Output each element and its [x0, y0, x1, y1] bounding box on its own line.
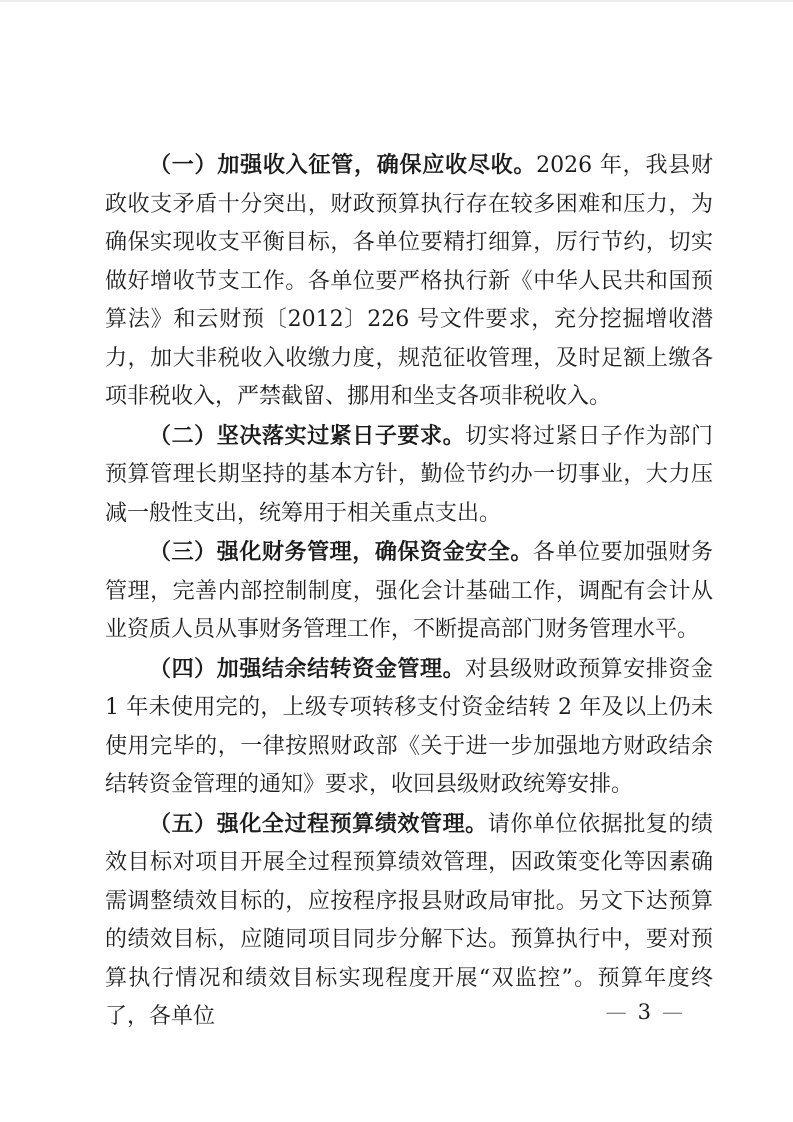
paragraph-heading: （四）加强结余结转资金管理。 — [149, 656, 465, 682]
paragraph: （三）强化财务管理，确保资金安全。各单位要加强财务管理，完善内部控制制度，强化会… — [105, 533, 713, 650]
paragraph-heading: （二）坚决落实过紧日子要求。 — [149, 423, 465, 449]
paragraph: （四）加强结余结转资金管理。对县级财政预算安排资金 1 年未使用完的，上级专项转… — [105, 650, 713, 805]
paragraph: （二）坚决落实过紧日子要求。切实将过紧日子作为部门预算管理长期坚持的基本方针，勤… — [105, 417, 713, 534]
paragraph: （一）加强收入征管，确保应收尽收。2026 年，我县财政收支矛盾十分突出，财政预… — [105, 146, 713, 417]
paragraph-text: 2026 年，我县财政收支矛盾十分突出，财政预算执行存在较多困难和压力，为确保实… — [105, 153, 713, 409]
footer-dash-right: — — [656, 1000, 690, 1024]
paragraph-heading: （三）强化财务管理，确保资金安全。 — [149, 539, 533, 565]
paragraph-heading: （五）强化全过程预算绩效管理。 — [149, 811, 488, 837]
footer-dash-left: — — [600, 1000, 634, 1024]
page-number: 3 — [634, 1000, 656, 1024]
document-page: （一）加强收入征管，确保应收尽收。2026 年，我县财政收支矛盾十分突出，财政预… — [0, 0, 793, 1122]
document-body: （一）加强收入征管，确保应收尽收。2026 年，我县财政收支矛盾十分突出，财政预… — [105, 146, 713, 1037]
page-footer: —3— — [600, 1000, 690, 1024]
paragraph-text: 请你单位依据批复的绩效目标对项目开展全过程预算绩效管理，因政策变化等因素确需调整… — [105, 812, 713, 1030]
paragraph-heading: （一）加强收入征管，确保应收尽收。 — [149, 152, 536, 178]
